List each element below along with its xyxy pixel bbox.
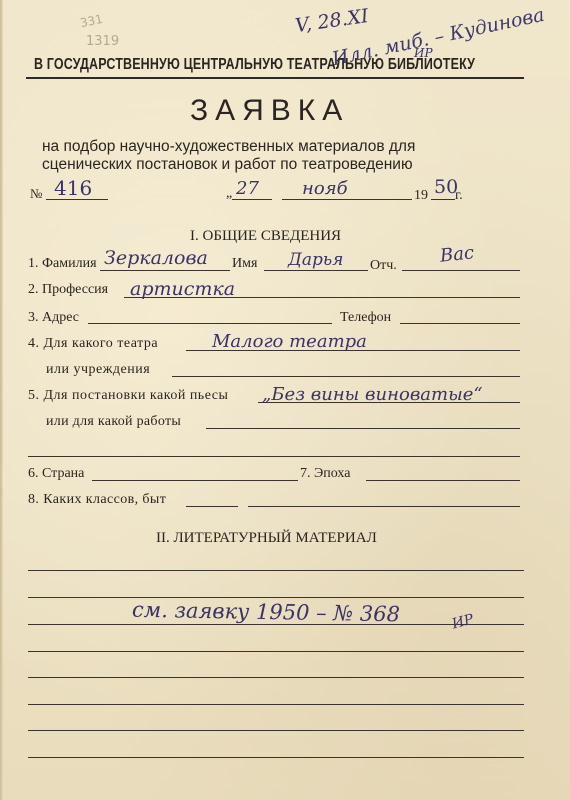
play-value[interactable]: „Без вины виноватые“ bbox=[262, 384, 483, 405]
request-day[interactable]: 27 bbox=[236, 178, 259, 199]
work-underline bbox=[206, 428, 520, 429]
name-label: Имя bbox=[232, 256, 257, 272]
surname-value[interactable]: Зеркалова bbox=[104, 247, 208, 269]
institution-label: или учреждения bbox=[46, 362, 150, 378]
institution-underline bbox=[172, 376, 520, 377]
day-underline bbox=[232, 199, 272, 200]
subtitle-line-2: сценических постановок и работ по театро… bbox=[42, 156, 413, 174]
lit-line-6 bbox=[28, 704, 524, 705]
lit-line-2 bbox=[28, 597, 524, 598]
country-label: 6. Страна bbox=[28, 466, 84, 482]
name-value[interactable]: Дарья bbox=[288, 250, 343, 270]
request-number[interactable]: 416 bbox=[54, 176, 92, 200]
patronymic-value[interactable]: Вас bbox=[439, 242, 475, 266]
theatre-value[interactable]: Малого театра bbox=[212, 331, 367, 352]
lit-line-4 bbox=[28, 651, 524, 652]
patronymic-underline bbox=[402, 270, 520, 271]
header-rule bbox=[26, 77, 524, 79]
year-prefix: 19 bbox=[414, 188, 428, 204]
paper-edge bbox=[0, 0, 3, 800]
lit-line-7 bbox=[28, 730, 524, 731]
literature-note[interactable]: см. заявку 1950 – № 368 bbox=[132, 598, 400, 627]
year-underline bbox=[431, 199, 455, 200]
era-underline bbox=[366, 480, 520, 481]
lit-line-1 bbox=[28, 570, 524, 571]
year-suffix: г. bbox=[455, 188, 463, 204]
address-underline bbox=[88, 323, 332, 324]
classes-underline-short bbox=[186, 506, 238, 507]
country-underline bbox=[92, 480, 298, 481]
phone-label: Телефон bbox=[340, 310, 391, 326]
number-label: № bbox=[30, 186, 42, 202]
request-month[interactable]: нояб bbox=[302, 178, 348, 199]
subtitle-line-1: на подбор научно-художественных материал… bbox=[42, 138, 415, 156]
addressee-header: В ГОСУДАРСТВЕННУЮ ЦЕНТРАЛЬНУЮ ТЕАТРАЛЬНУ… bbox=[34, 56, 475, 74]
blank-line bbox=[28, 456, 520, 457]
name-underline bbox=[264, 270, 368, 271]
section-1-title: I. ОБЩИЕ СВЕДЕНИЯ bbox=[190, 228, 341, 245]
profession-value[interactable]: артистка bbox=[130, 278, 235, 300]
pencil-mark-2: 1319 bbox=[86, 34, 119, 49]
classes-label: 8. Каких классов, быт bbox=[28, 492, 166, 508]
work-label: или для какой работы bbox=[46, 414, 181, 430]
address-label: 3. Адрес bbox=[28, 310, 79, 326]
theatre-label: 4. Для какого театра bbox=[28, 336, 158, 352]
lit-line-8 bbox=[28, 757, 524, 758]
section-2-title: II. ЛИТЕРАТУРНЫЙ МАТЕРИАЛ bbox=[156, 530, 377, 547]
classes-underline bbox=[248, 506, 520, 507]
month-underline bbox=[282, 199, 412, 200]
patronymic-label: Отч. bbox=[370, 258, 397, 274]
phone-underline bbox=[400, 323, 520, 324]
surname-underline bbox=[100, 270, 230, 271]
surname-label: 1. Фамилия bbox=[28, 256, 97, 272]
lit-line-5 bbox=[28, 677, 524, 678]
document-title: ЗАЯВКА bbox=[190, 94, 349, 128]
play-label: 5. Для постановки какой пьесы bbox=[28, 388, 228, 404]
era-label: 7. Эпоха bbox=[300, 466, 350, 482]
profession-label: 2. Профессия bbox=[28, 282, 108, 298]
